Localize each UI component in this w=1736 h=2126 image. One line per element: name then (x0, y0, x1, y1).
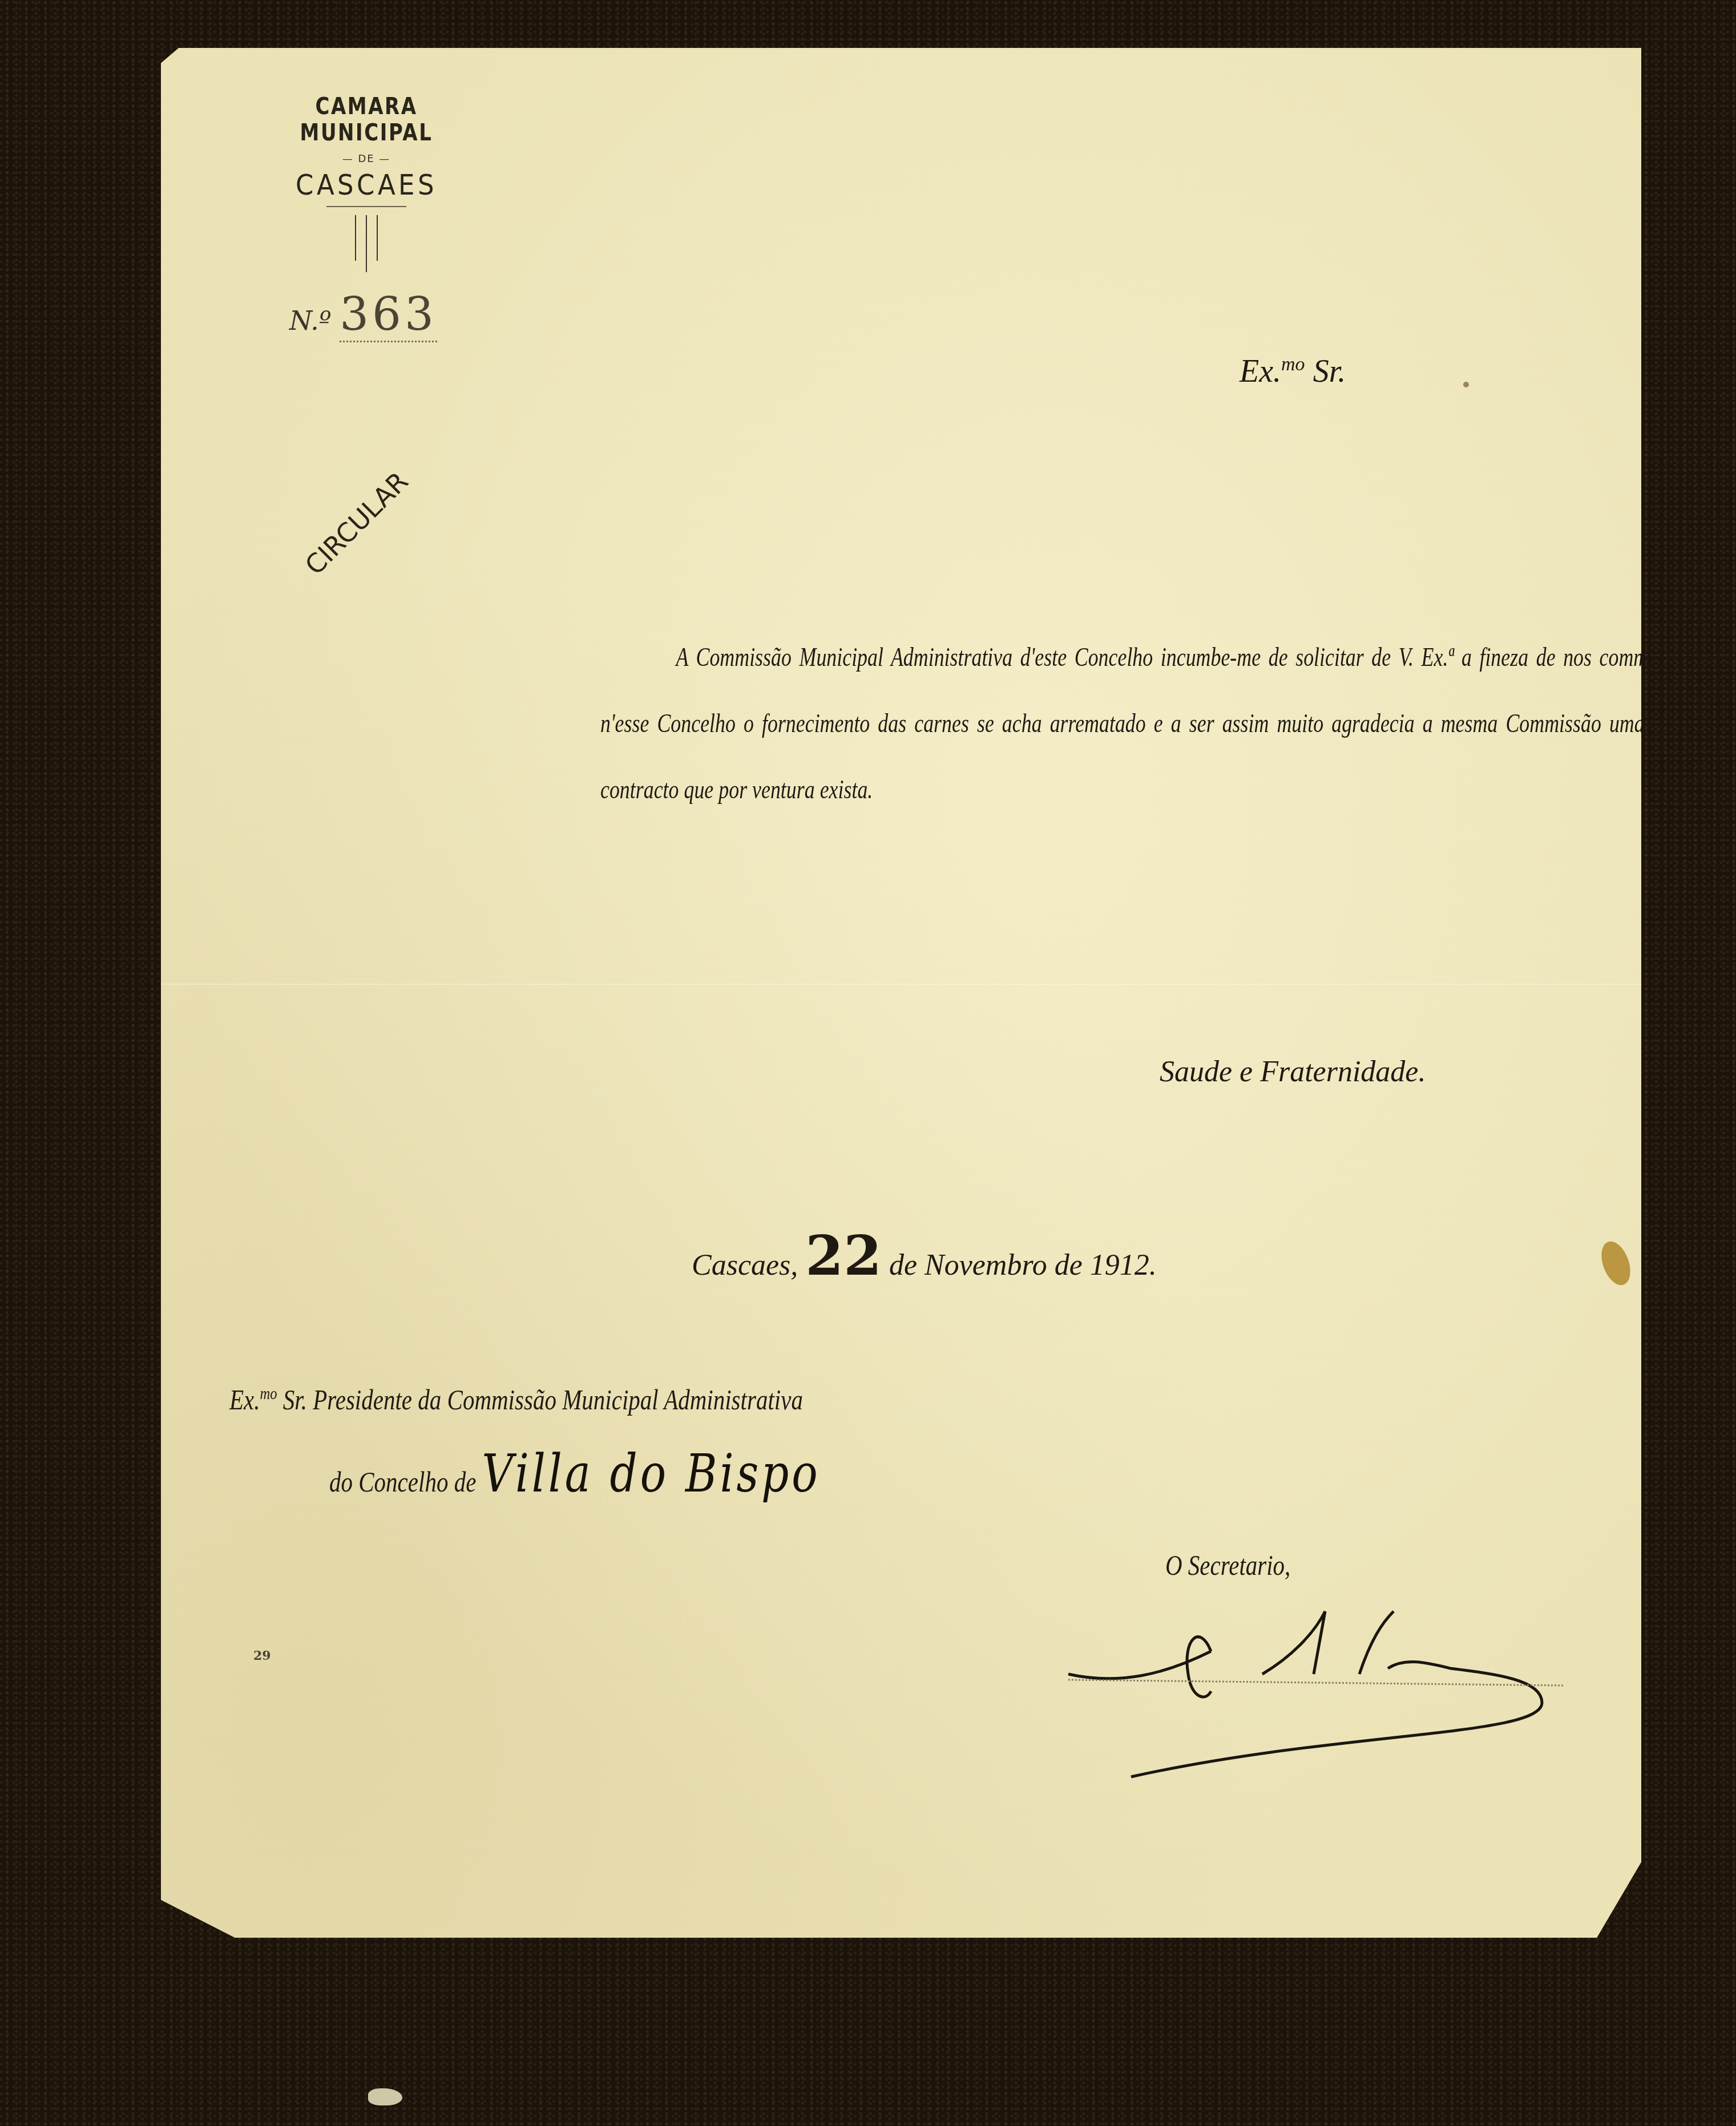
closing-phrase: Saude e Fraternidade. (1160, 1055, 1426, 1089)
letterhead-title: CAMARA MUNICIPAL (265, 94, 469, 146)
date-day: 22 (805, 1223, 882, 1288)
date-line: Cascaes, 22 de Novembro de 1912. (692, 1223, 1157, 1288)
addressee-line-2: do Concelho de Villa do Bispo (329, 1443, 821, 1504)
body-text: A Commissão Municipal Administrativa d'e… (600, 624, 1726, 823)
body-paragraph: A Commissão Municipal Administrativa d'e… (600, 624, 1726, 823)
addressee-line-1: Ex.mo Sr. Presidente da Commissão Munici… (229, 1383, 803, 1416)
addressee-handwritten: Villa do Bispo (482, 1443, 821, 1504)
document-paper: CAMARA MUNICIPAL — DE — CASCAES N.º 363 … (161, 48, 1641, 1938)
reference-number: N.º 363 (289, 288, 437, 341)
addressee-printed: do Concelho de (329, 1466, 482, 1498)
fold-crease (161, 984, 1641, 985)
background-chip (368, 2088, 402, 2105)
letterhead-city: CASCAES (259, 168, 474, 201)
letterhead-de: — DE — (247, 153, 486, 165)
reference-prefix: N.º (289, 305, 332, 336)
salutation: Ex.mo Sr. (1240, 353, 1346, 390)
circular-stamp: CIRCULAR (299, 466, 414, 581)
signature-flourish (994, 1589, 1736, 1817)
letterhead-bars-ornament (355, 215, 378, 261)
date-place: Cascaes, (692, 1249, 805, 1282)
letterhead: CAMARA MUNICIPAL — DE — CASCAES (247, 94, 486, 261)
ink-spot (1463, 382, 1469, 387)
letterhead-rule (326, 206, 406, 207)
paper-stain (1596, 1238, 1636, 1290)
date-rest: de Novembro de 1912. (882, 1249, 1157, 1282)
page-number: 29 (253, 1648, 271, 1663)
signoff: O Secretario, (1165, 1549, 1290, 1582)
reference-value: 363 (340, 288, 437, 342)
